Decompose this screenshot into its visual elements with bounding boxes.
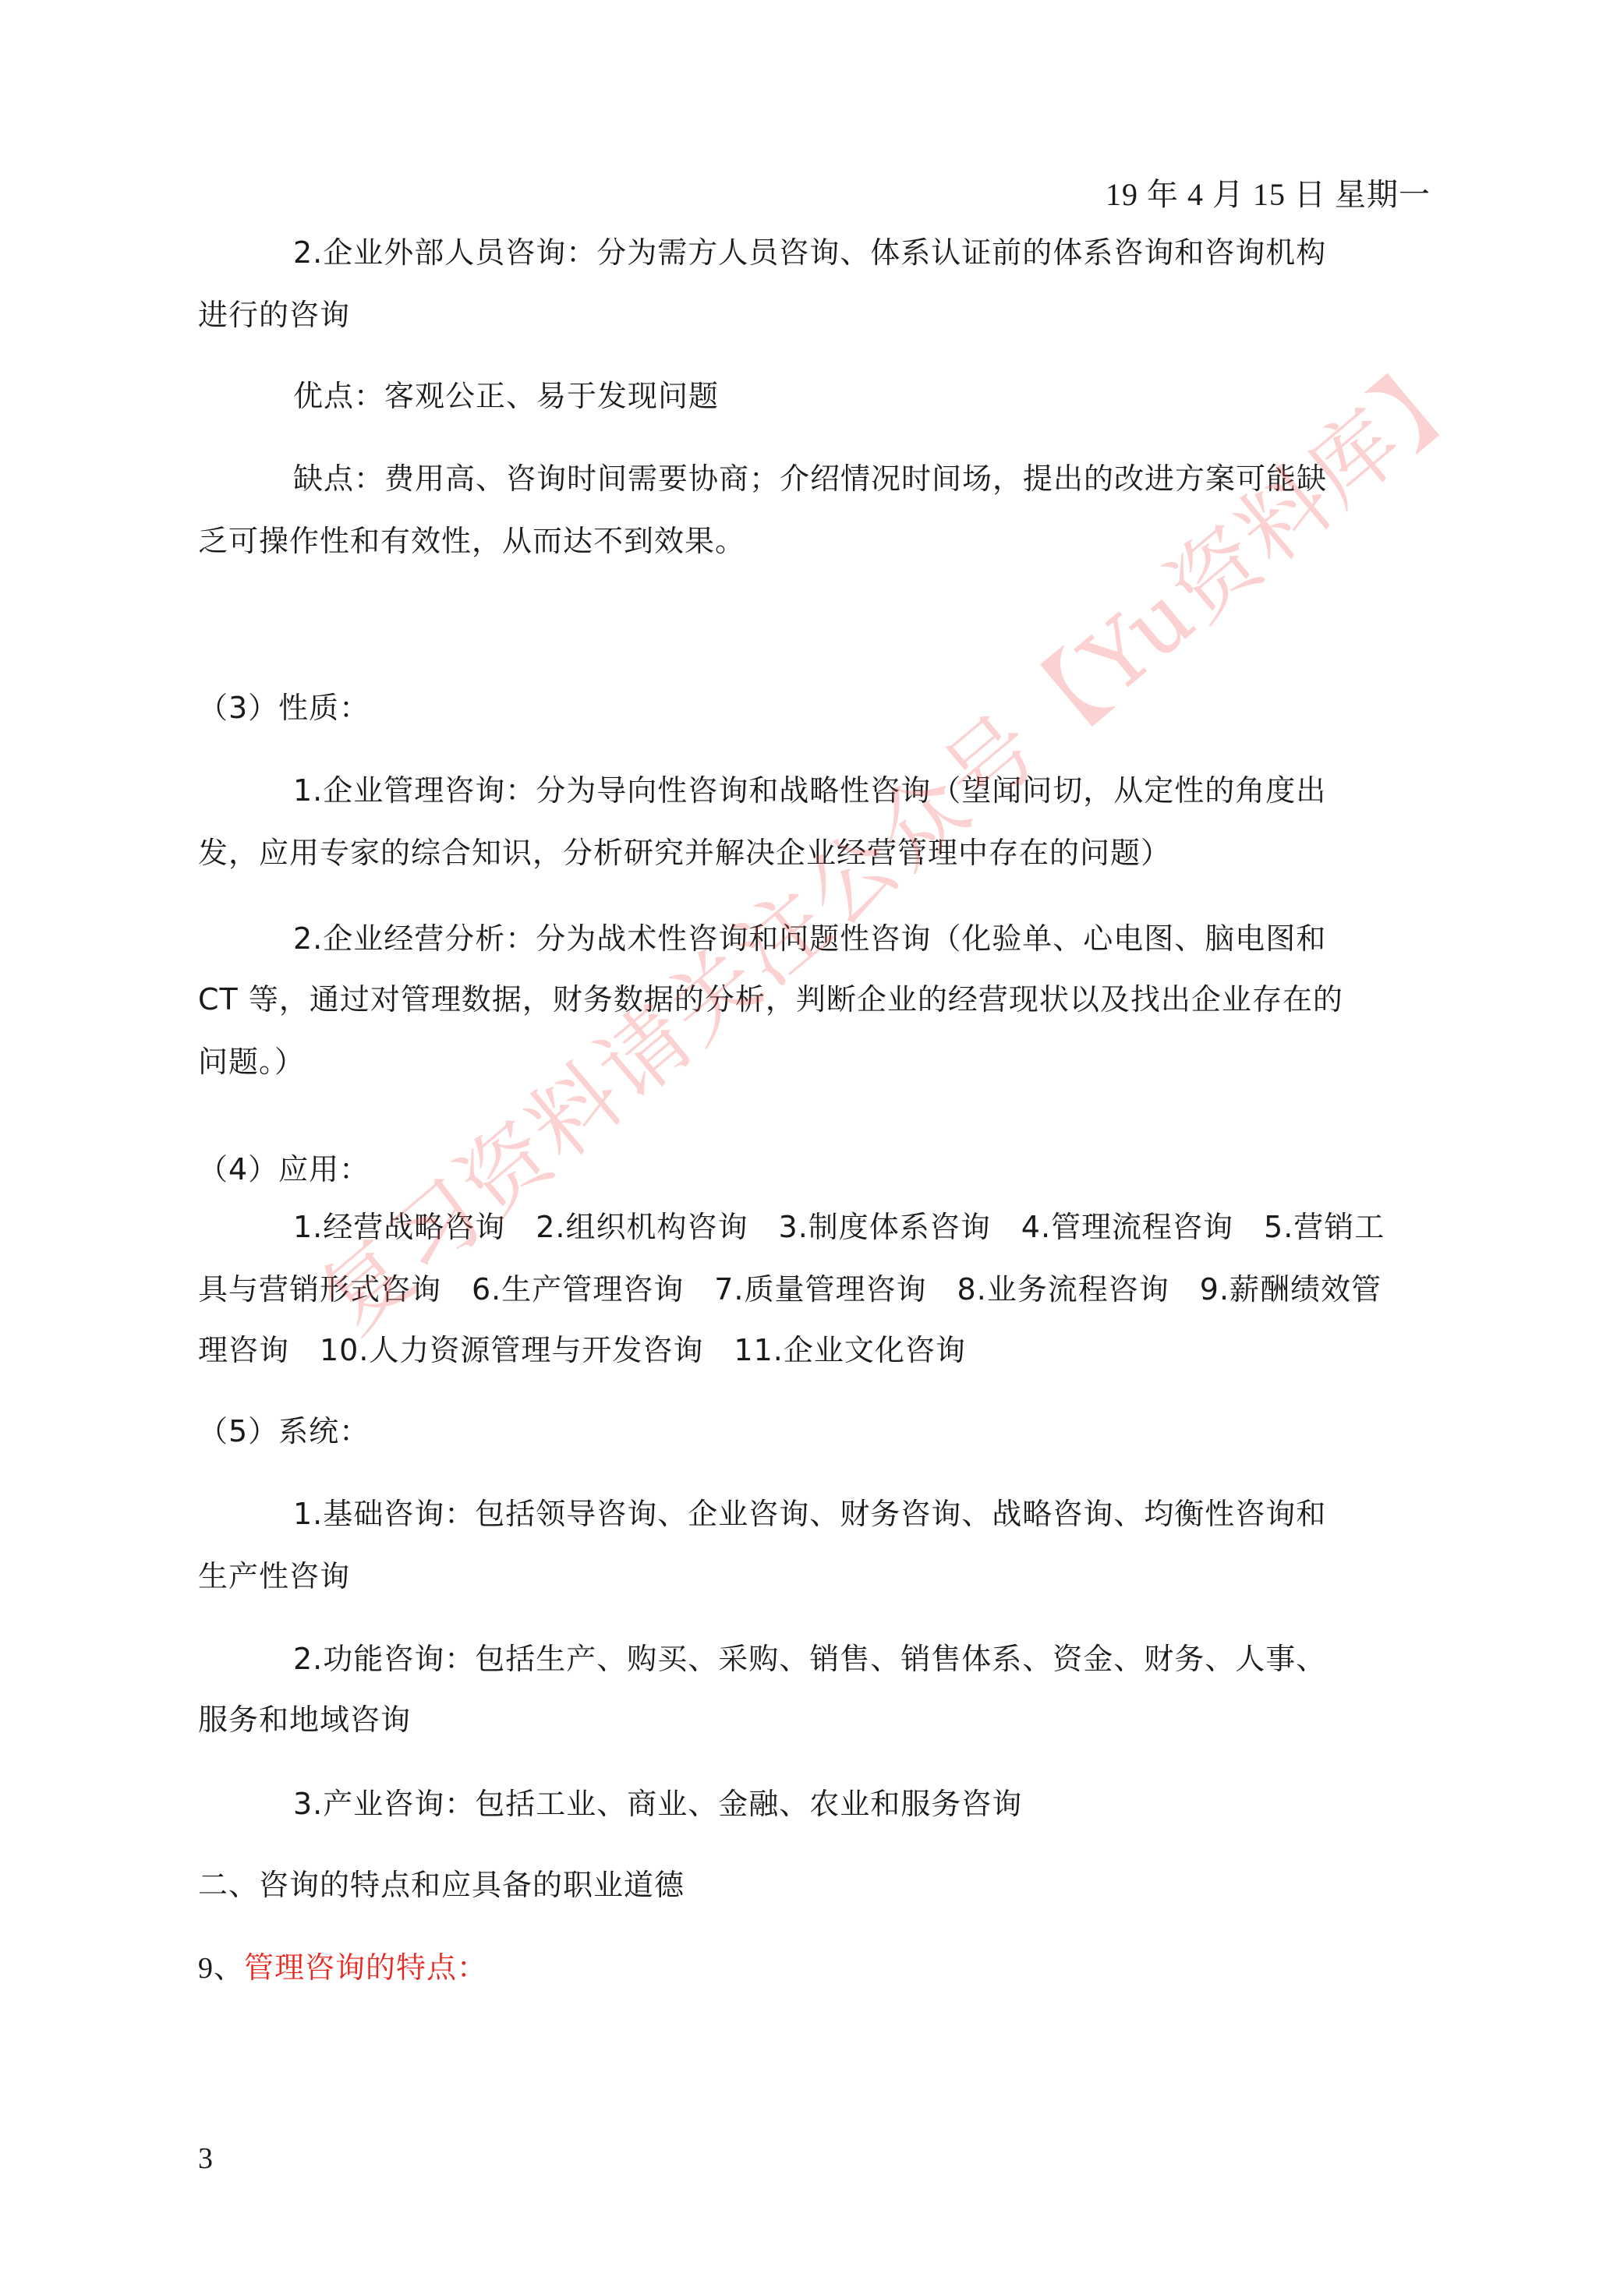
paragraph-management-consulting-cont: 发，应用专家的综合知识，分析研究并解决企业经营管理中存在的问题） — [198, 834, 1171, 872]
application-list-line-1: 1.经营战略咨询 2.组织机构咨询 3.制度体系咨询 4.管理流程咨询 5.营销… — [293, 1208, 1385, 1246]
paragraph-functional-consulting-cont: 服务和地域咨询 — [198, 1701, 411, 1738]
paragraph-basic-consulting: 1.基础咨询：包括领导咨询、企业咨询、财务咨询、战略咨询、均衡性咨询和 — [293, 1495, 1326, 1533]
paragraph-industry-consulting: 3.产业咨询：包括工业、商业、金融、农业和服务咨询 — [293, 1785, 1022, 1823]
paragraph-external-consulting-cont: 进行的咨询 — [198, 296, 350, 334]
paragraph-functional-consulting: 2.功能咨询：包括生产、购买、采购、销售、销售体系、资金、财务、人事、 — [293, 1640, 1326, 1678]
application-list-line-3: 理咨询 10.人力资源管理与开发咨询 11.企业文化咨询 — [198, 1331, 966, 1369]
paragraph-external-consulting: 2.企业外部人员咨询：分为需方人员咨询、体系认证前的体系咨询和咨询机构 — [293, 234, 1326, 271]
page-number: 3 — [198, 2140, 213, 2177]
application-list-line-2: 具与营销形式咨询 6.生产管理咨询 7.质量管理咨询 8.业务流程咨询 9.薪酬… — [198, 1271, 1382, 1308]
paragraph-business-analysis-end: 问题。） — [198, 1043, 305, 1080]
paragraph-cons-cont: 乏可操作性和有效性，从而达不到效果。 — [198, 522, 745, 560]
paragraph-basic-consulting-cont: 生产性咨询 — [198, 1558, 350, 1595]
question-9: 9、管理咨询的特点： — [198, 1949, 487, 1987]
paragraph-management-consulting: 1.企业管理咨询：分为导向性咨询和战略性咨询（望闻问切，从定性的角度出 — [293, 772, 1326, 809]
heading-system: （5）系统： — [198, 1413, 370, 1450]
heading-nature: （3）性质： — [198, 689, 370, 727]
document-page: 19 年 4 月 15 日 星期一 2.企业外部人员咨询：分为需方人员咨询、体系… — [0, 0, 1624, 2295]
chapter-heading: 二、咨询的特点和应具备的职业道德 — [198, 1866, 685, 1904]
question-number: 9、 — [198, 1952, 244, 1985]
paragraph-business-analysis-cont: CT 等，通过对管理数据，财务数据的分析，判断企业的经营现状以及找出企业存在的 — [198, 981, 1343, 1018]
heading-application: （4）应用： — [198, 1151, 370, 1188]
paragraph-pros: 优点：客观公正、易于发现问题 — [293, 377, 719, 415]
paragraph-business-analysis: 2.企业经营分析：分为战术性咨询和问题性咨询（化验单、心电图、脑电图和 — [293, 920, 1326, 957]
date-header: 19 年 4 月 15 日 星期一 — [1106, 176, 1431, 214]
question-title: 管理咨询的特点： — [244, 1950, 487, 1985]
paragraph-cons: 缺点：费用高、咨询时间需要协商；介绍情况时间场，提出的改进方案可能缺 — [293, 460, 1327, 497]
